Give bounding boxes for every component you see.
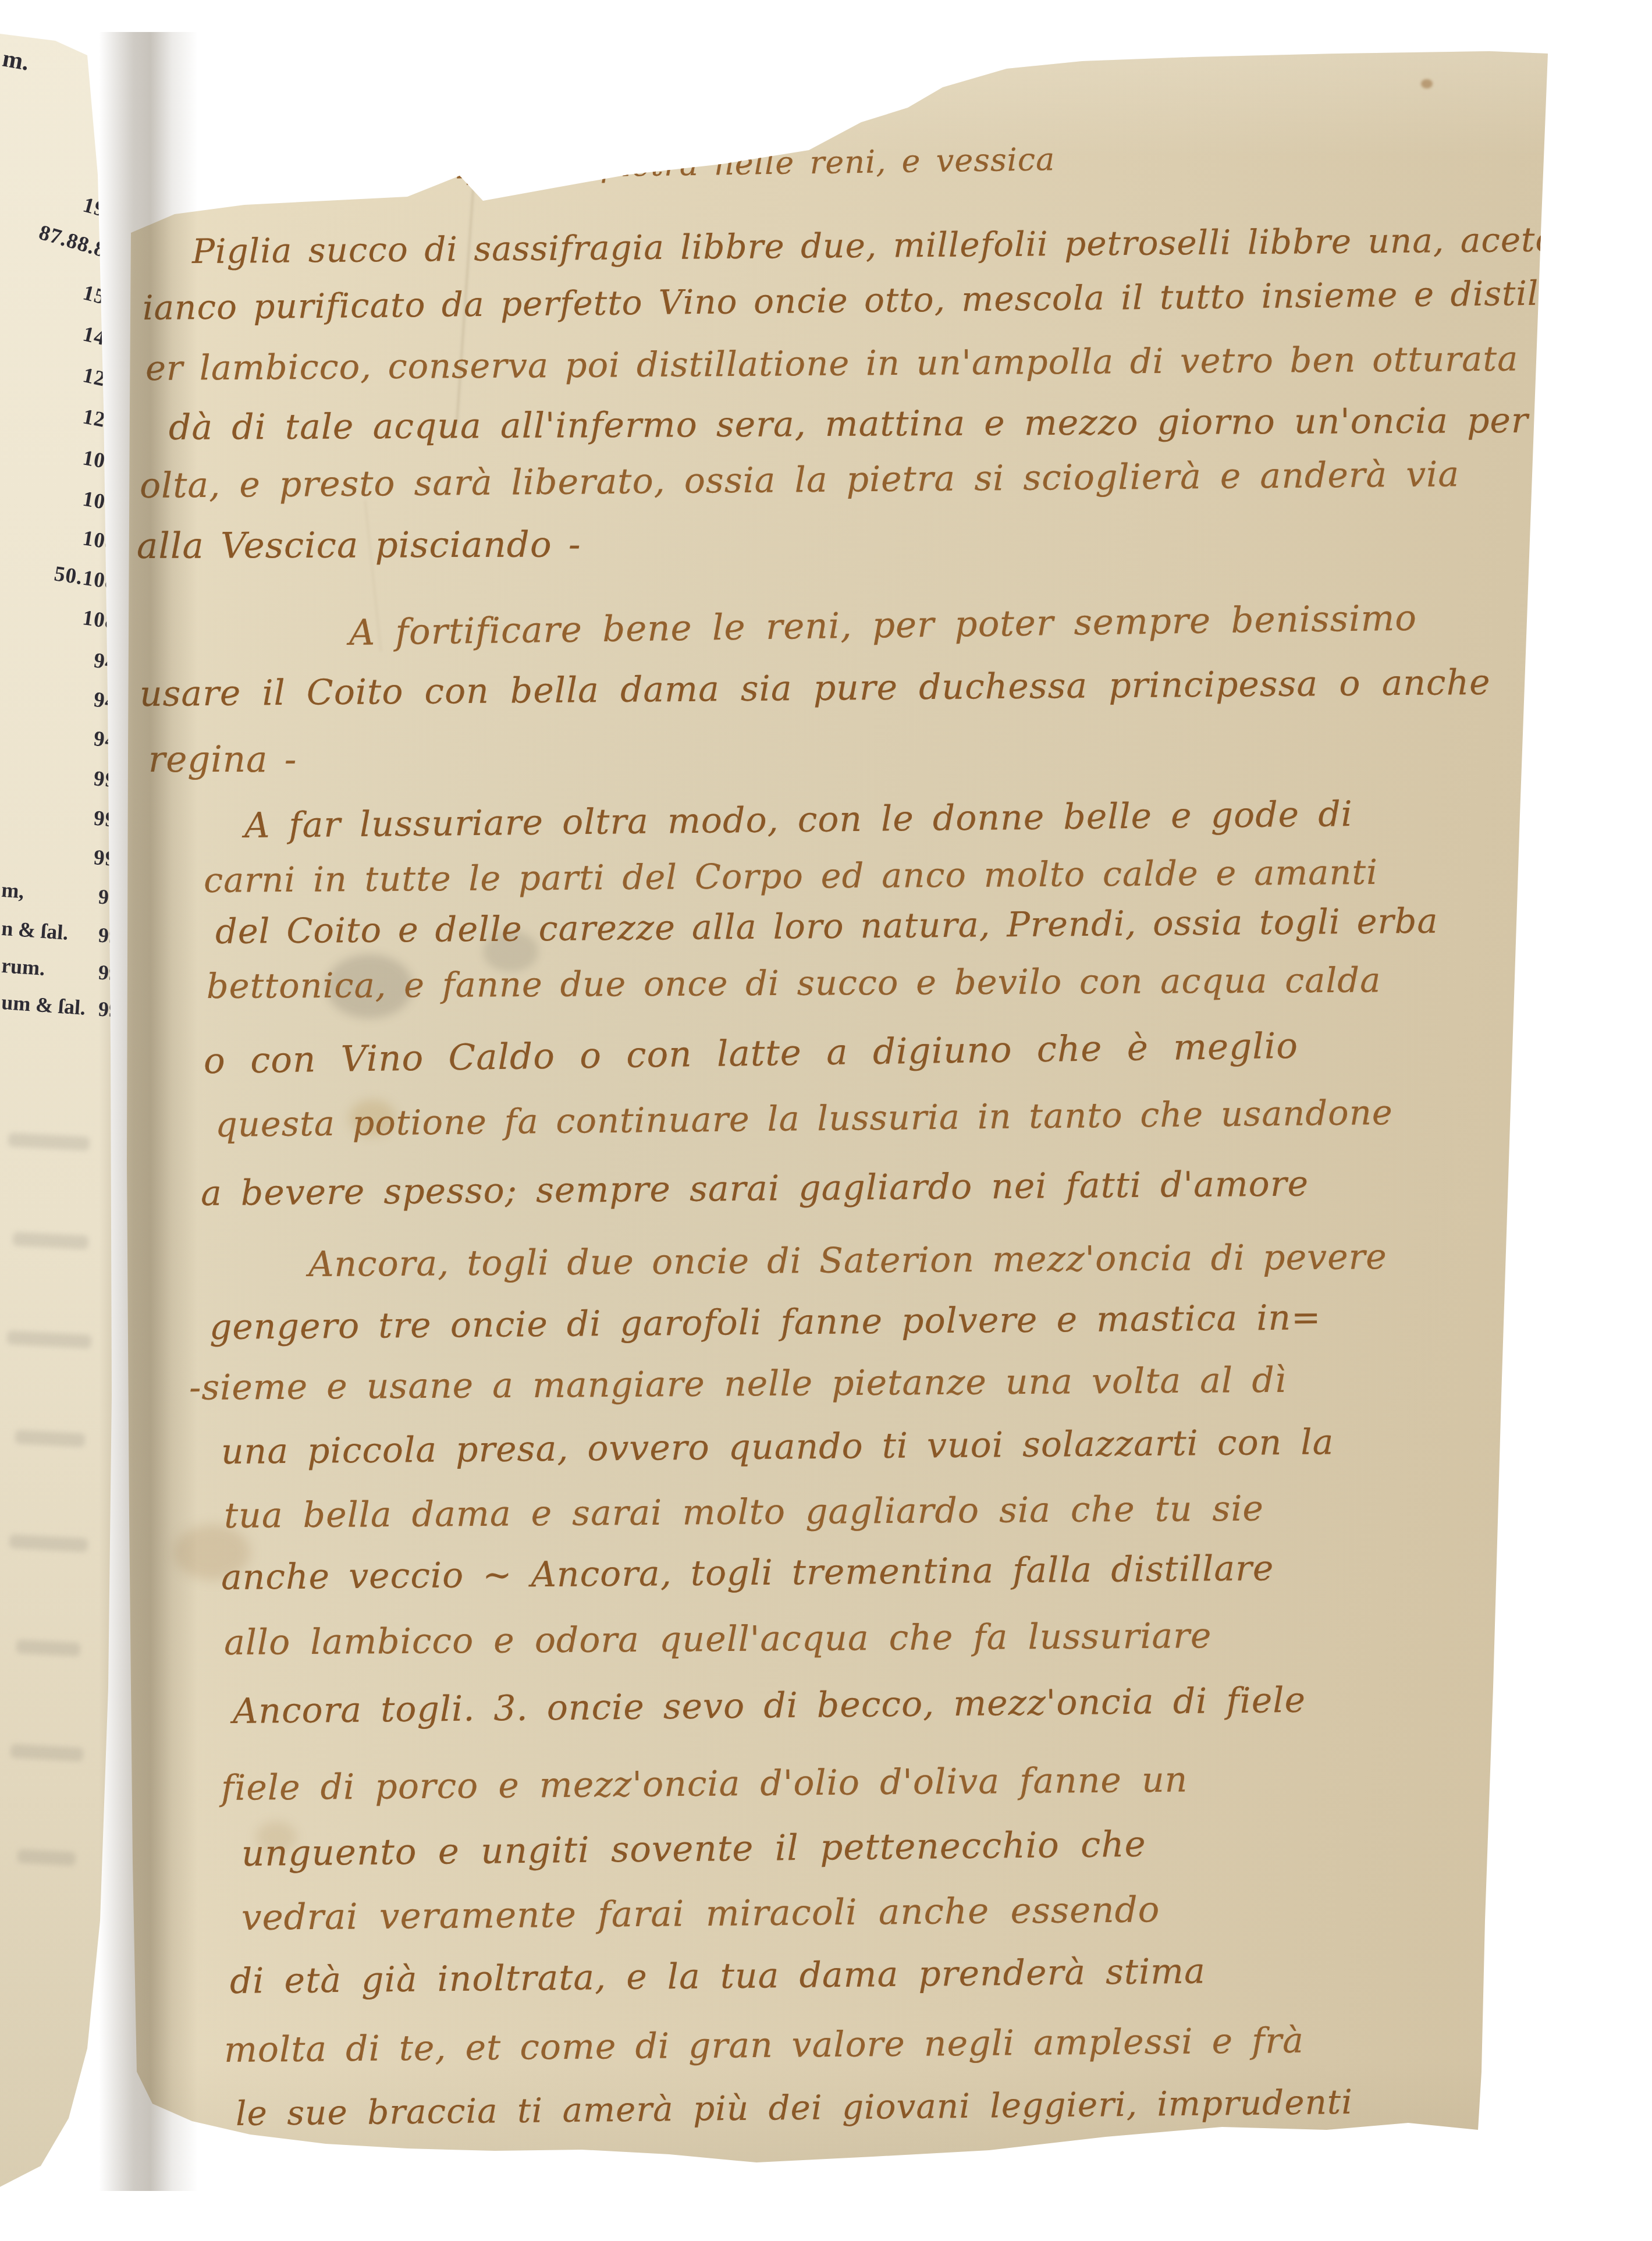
print-showthrough [15,1430,85,1447]
manuscript-line: Ancora, togli due oncie di Saterion mezz… [308,1237,1387,1285]
printed-index-number: 99 [98,960,120,986]
manuscript-line: o con Vino Caldo o con latte a digiuno c… [204,1025,1299,1082]
manuscript-line: molta di te, et come di gran valore negl… [224,2020,1304,2070]
recipe-title: Acqua da rompere la pietra nelle reni, e… [227,141,1056,189]
manuscript-page: Acqua da rompere la pietra nelle reni, e… [0,0,1652,2241]
manuscript-line: regina - [148,739,297,780]
manuscript-line: usare il Coito con bella dama sia pure d… [140,662,1491,715]
printed-index-entry: n & ſal. 99 [1,916,120,949]
manuscript-line: fiele di porco e mezz'oncia d'olio d'oli… [221,1760,1188,1809]
printed-page-number: 108 [0,473,119,516]
printed-page-number: 87.88.87 [1,210,120,266]
print-showthrough [10,1744,83,1762]
manuscript-line: tua bella dama e sarai molto gagliardo s… [224,1489,1264,1536]
manuscript-line: una piccola presa, ovvero quando ti vuoi… [221,1422,1334,1472]
printed-page-number: 122 [0,388,119,435]
manuscript-line: bettonica, e fanne due once di succo e b… [207,960,1381,1006]
printed-page-number: 149 [0,303,119,354]
print-showthrough [8,1132,90,1150]
foxing-spot [720,106,729,113]
manuscript-line: di età già inoltrata, e la tua dama pren… [230,1951,1206,2002]
print-showthrough [16,1639,80,1657]
manuscript-line: anche veccio ~ Ancora, togli trementina … [221,1548,1274,1598]
printed-index-word: um & ſal. [1,990,87,1020]
manuscript-line: A far lussuriare oltra modo, con le donn… [244,794,1353,846]
printed-page-number: 108 [0,431,119,476]
manuscript-line: olta, e presto sarà liberato, ossia la p… [140,454,1460,506]
foxing-spot [1293,29,1308,42]
printed-index-number: 99 [98,923,120,949]
printed-page-number: 99 [0,837,118,872]
manuscript-line: -sieme e usane a mangiare nelle pietanze… [189,1360,1287,1408]
printed-page-number: 99 [0,798,118,833]
printed-index-number: 99 [98,997,120,1022]
print-showthrough [17,1849,76,1866]
manuscript-line: Ancora togli. 3. oncie sevo di becco, me… [233,1680,1306,1732]
manuscript-line: a bevere spesso; sempre sarai gagliardo … [201,1163,1309,1214]
manuscript-line: dà di tale acqua all'infermo sera, matti… [169,400,1529,448]
manuscript-line: gengero tre oncie di garofoli fanne polv… [209,1297,1321,1348]
manuscript-line: le sue braccia ti amerà più dei giovani … [236,2082,1353,2133]
printed-page-number: 108 [0,594,118,634]
manuscript-line: ianco purificato da perfetto Vino oncie … [143,273,1571,328]
print-showthrough [6,1330,91,1349]
printed-page-number: 94 [0,637,118,676]
manuscript-line: er lambicco, conserva poi distillatione … [145,339,1519,388]
printed-page-number: 122 [0,346,119,395]
manuscript-line: unguento e ungiti sovente il pettenecchi… [241,1824,1146,1874]
manuscript-line: questa potione fa continuare la lussuria… [215,1092,1393,1145]
manuscript-line: allo lambicco e odora quell'acqua che fa… [224,1615,1212,1663]
printed-index-word: m, [1,878,25,904]
manuscript-line: A fortificare bene le reni, per poter se… [349,597,1417,654]
printed-fragment: m. [1,44,31,76]
printed-page-number: 94 [0,676,118,714]
printed-index-word: n & ſal. [1,916,69,945]
printed-page-number: 50.108 [0,553,118,595]
manuscript-line: del Coito e delle carezze alla loro natu… [215,901,1438,951]
printed-index-entry: rum. 99 [1,953,120,986]
manuscript-line: alla Vescica pisciando - [137,524,581,567]
manuscript-line: Piglia succo di sassifragia libbre due, … [192,220,1557,271]
printed-page-number: 108 [0,513,118,556]
printed-index-entry: m, 99 [1,878,120,910]
printed-page-number: 152 [1,260,119,312]
printed-index-number: 99 [98,885,120,910]
printed-page-number: 99 [0,757,118,793]
printed-page-number: 94 [0,716,118,754]
manuscript-line: carni in tutte le parti del Corpo ed anc… [204,852,1378,900]
printed-index-word: rum. [1,953,46,981]
manuscript-line: vedrai veramente farai miracoli anche es… [241,1889,1160,1938]
manuscript-photo: m. 193 87.88.87 152 149 122 122 108 108 … [0,0,1652,2241]
print-showthrough [12,1232,88,1250]
printed-index-entry: um & ſal. 99 [1,990,120,1022]
foxing-spot [1421,79,1433,88]
print-showthrough [9,1534,88,1552]
